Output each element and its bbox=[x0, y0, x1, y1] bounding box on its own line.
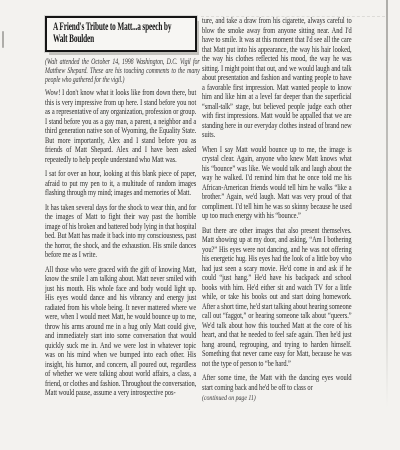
title-box: A Friend's Tribute to Matt...a speech by… bbox=[45, 16, 197, 52]
paragraph: But there are other images that also pre… bbox=[202, 226, 352, 369]
paragraph: I sat for over an hour, looking at this … bbox=[45, 169, 196, 198]
scanned-document-page: A Friend's Tribute to Matt...a speech by… bbox=[0, 0, 400, 450]
page-title-line-1: A Friend's Tribute to Matt...a speech by bbox=[53, 21, 190, 33]
page-title-line-2: Walt Boulden bbox=[53, 33, 190, 45]
right-column: ture, and take a draw from his cigarette… bbox=[202, 16, 352, 403]
right-edge-scan-line bbox=[386, 0, 388, 408]
paragraph: All those who were graced with the gift … bbox=[45, 265, 196, 398]
page-title: A Friend's Tribute to Matt...a speech by… bbox=[53, 21, 190, 46]
paragraph: Wow! I don't know what it looks like fro… bbox=[45, 88, 196, 164]
intro-note: (Walt attended the October 14, 1998 Wash… bbox=[45, 57, 200, 85]
paragraph: After some time, the Matt with the danci… bbox=[202, 373, 352, 392]
continued-note: (continued on page 11) bbox=[202, 393, 352, 403]
paragraph: ture, and take a draw from his cigarette… bbox=[202, 16, 352, 140]
left-column: Wow! I don't know what it looks like fro… bbox=[45, 88, 196, 403]
left-edge-scan-mark bbox=[2, 31, 4, 48]
paragraph: When I say Matt would bounce up to me, t… bbox=[202, 145, 352, 221]
paragraph: It has taken several days for the shock … bbox=[45, 203, 196, 260]
